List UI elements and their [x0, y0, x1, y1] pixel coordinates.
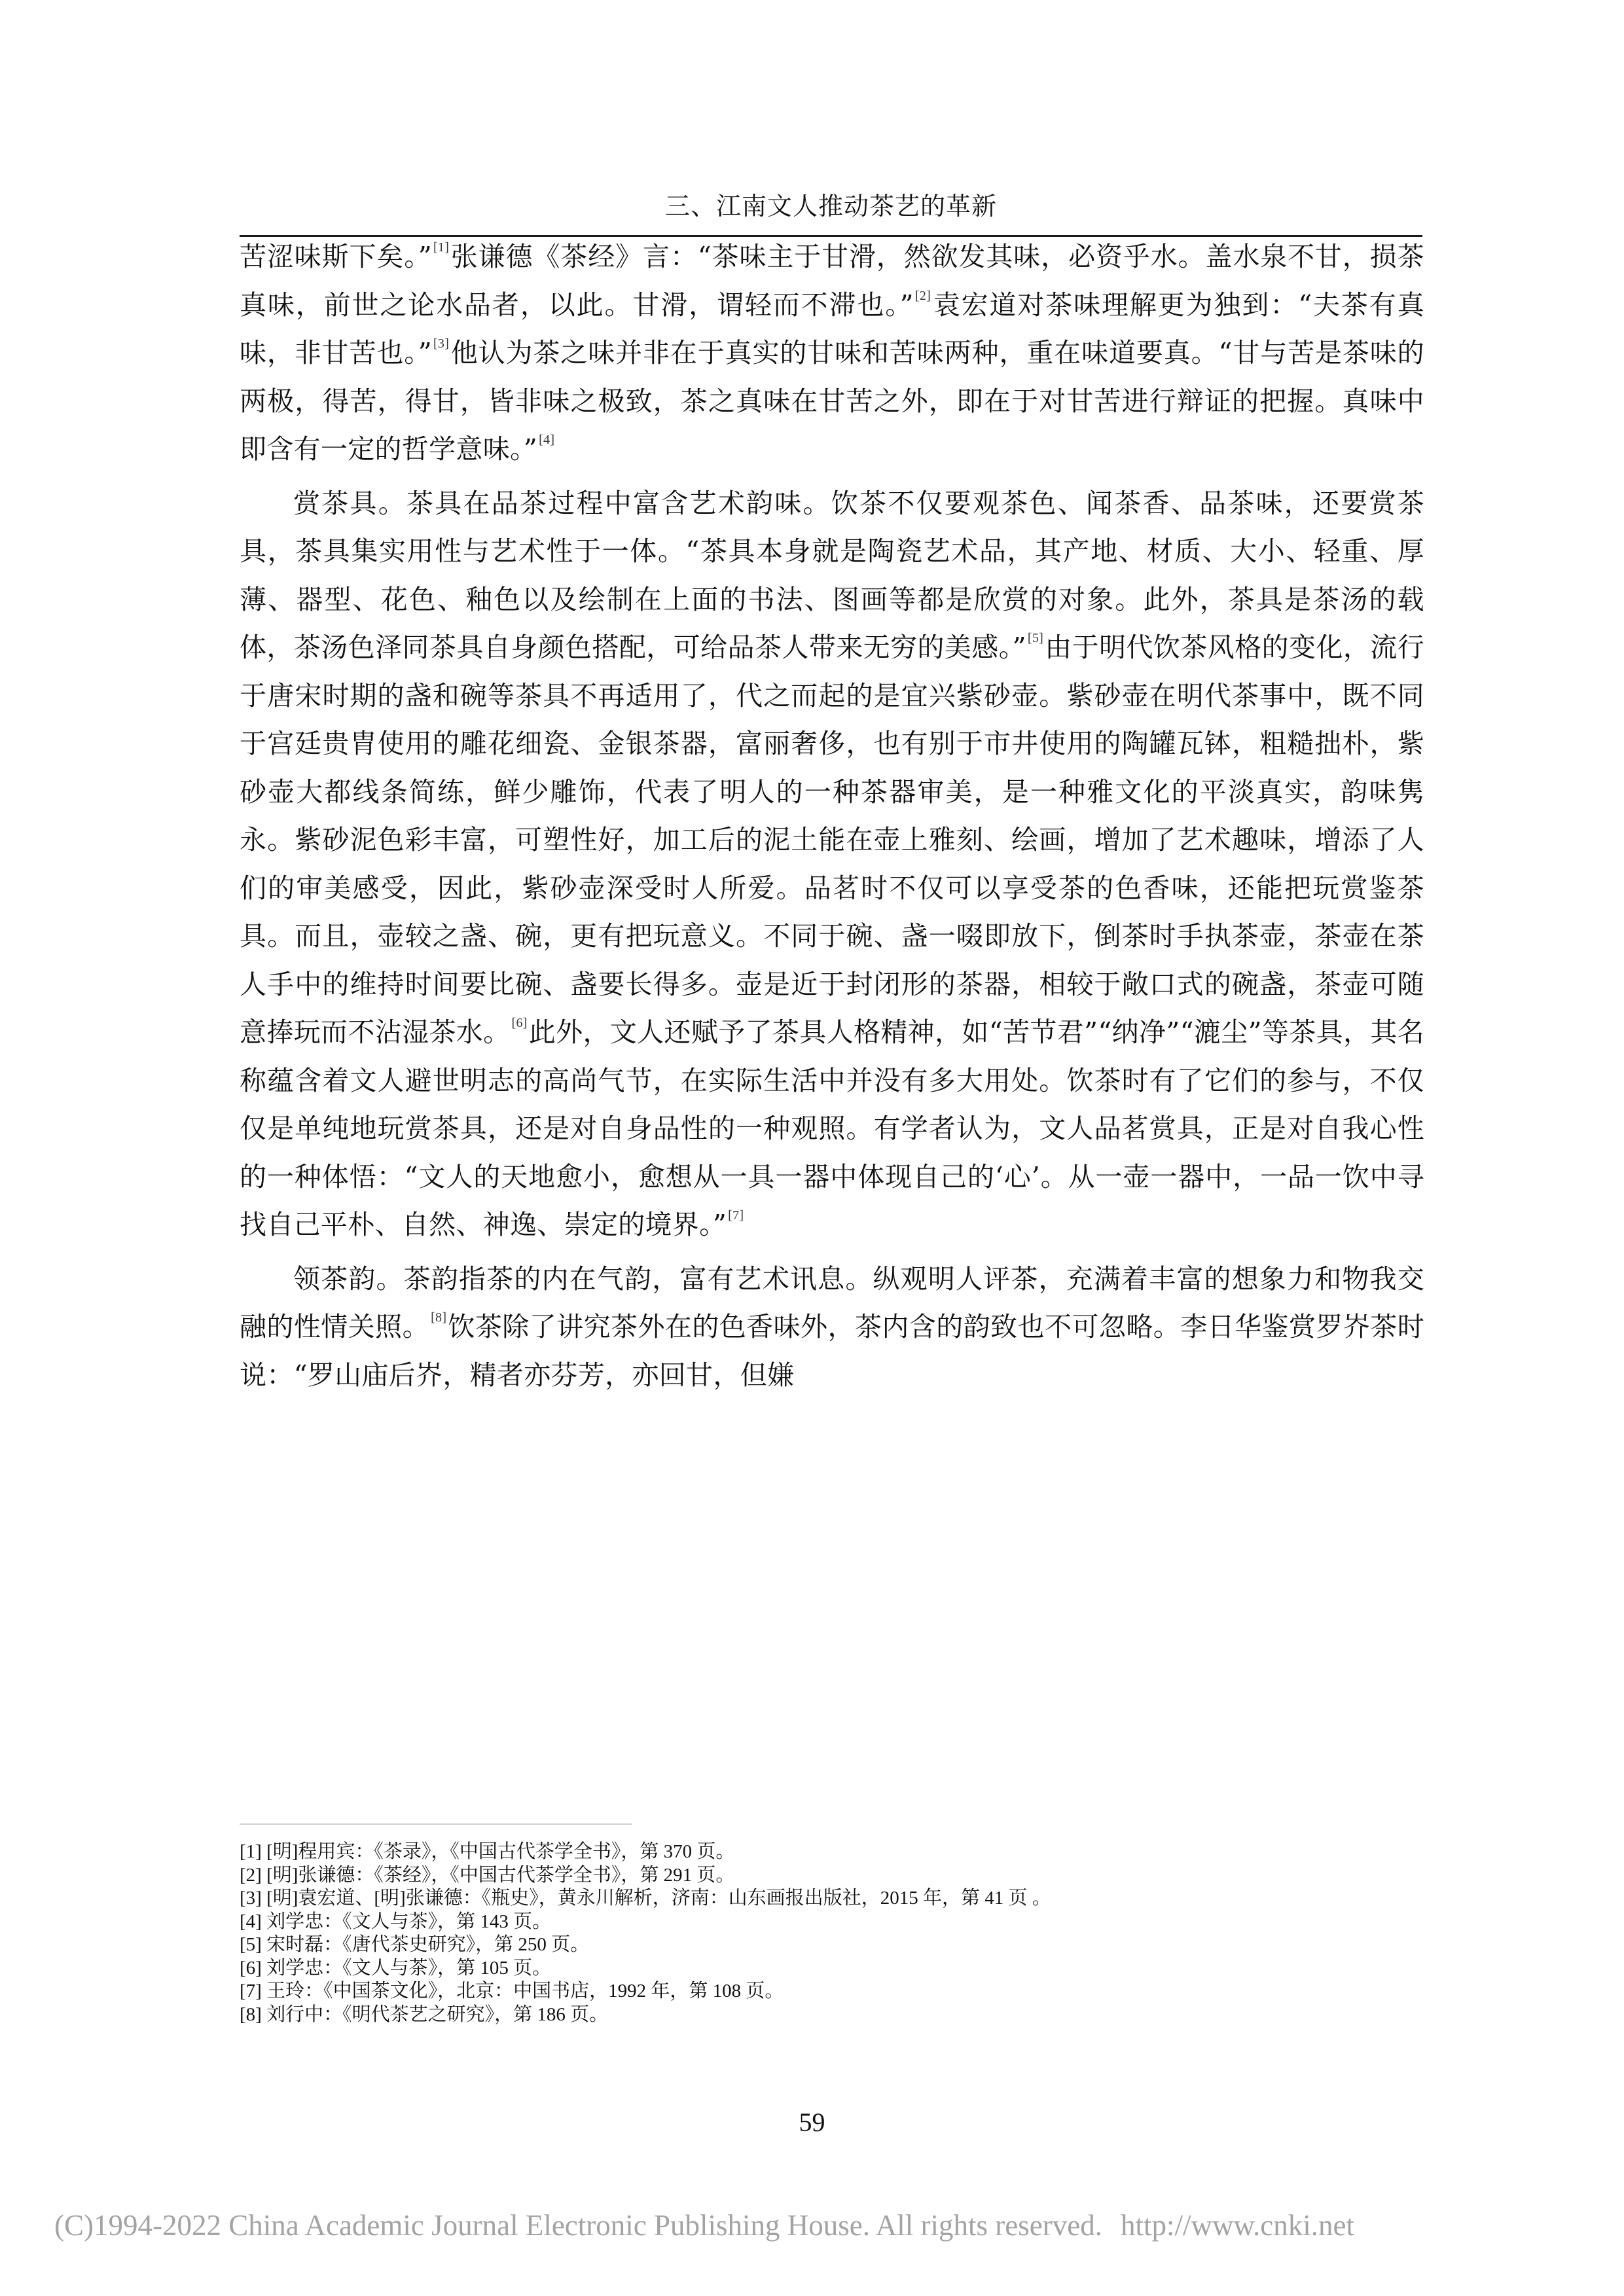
footnote-ref[interactable]: [1] — [433, 240, 449, 255]
text-run: 此外，文人还赋予了茶具人格精神，如“苦节君”“纳净”“漉尘”等茶具，其名称蕴含着… — [240, 1016, 1424, 1240]
footnote-divider — [240, 1823, 632, 1825]
footnote: [8] 刘行中：《明代茶艺之研究》，第 186 页。 — [240, 2003, 1424, 2027]
copyright-text: (C)1994-2022 China Academic Journal Elec… — [54, 2209, 1102, 2242]
paragraph: 领茶韵。茶韵指茶的内在气韵，富有艺术讯息。纵观明人评茶，充满着丰富的想象力和物我… — [240, 1255, 1424, 1400]
paragraph: 赏茶具。茶具在品茶过程中富含艺术韵味。饮茶不仅要观茶色、闻茶香、品茶味，还要赏茶… — [240, 480, 1424, 1249]
footnote-ref[interactable]: [6] — [512, 1016, 528, 1030]
cnki-link[interactable]: http://www.cnki.net — [1121, 2209, 1354, 2242]
footnote: [4] 刘学忠：《文人与茶》，第 143 页。 — [240, 1910, 1424, 1934]
footnote-ref[interactable]: [4] — [539, 433, 554, 447]
body-text: 苦涩味斯下矣。”[1]张谦德《茶经》言：“茶味主于甘滑，然欲发其味，必资乎水。盖… — [240, 233, 1424, 1405]
footnote-ref[interactable]: [7] — [728, 1208, 744, 1223]
running-header: 三、江南文人推动茶艺的革新 — [240, 187, 1422, 226]
footnote: [1] [明]程用宾：《茶录》，《中国古代茶学全书》，第 370 页。 — [240, 1840, 1424, 1864]
page-number: 59 — [0, 2106, 1624, 2139]
footnote-ref[interactable]: [2] — [915, 289, 931, 303]
footnote: [2] [明]张谦德：《茶经》，《中国古代茶学全书》，第 291 页。 — [240, 1864, 1424, 1888]
footnote: [5] 宋时磊：《唐代茶史研究》，第 250 页。 — [240, 1933, 1424, 1957]
copyright-watermark: (C)1994-2022 China Academic Journal Elec… — [54, 2207, 1354, 2244]
footnotes: [1] [明]程用宾：《茶录》，《中国古代茶学全书》，第 370 页。 [2] … — [240, 1840, 1424, 2026]
text-run: 苦涩味斯下矣。” — [240, 241, 432, 272]
footnote-ref[interactable]: [3] — [433, 336, 449, 351]
text-run: 由于明代饮茶风格的变化，流行于唐宋时期的盏和碗等茶具不再适用了，代之而起的是宜兴… — [240, 632, 1424, 1048]
paragraph: 苦涩味斯下矣。”[1]张谦德《茶经》言：“茶味主于甘滑，然欲发其味，必资乎水。盖… — [240, 233, 1424, 474]
footnote: [6] 刘学忠：《文人与茶》，第 105 页。 — [240, 1957, 1424, 1981]
footnote-ref[interactable]: [5] — [1028, 631, 1043, 645]
footnote-ref[interactable]: [8] — [431, 1310, 446, 1325]
footnote: [3] [明]袁宏道、[明]张谦德：《瓶史》，黄永川解析，济南：山东画报出版社，… — [240, 1887, 1424, 1910]
footnote: [7] 王玲：《中国茶文化》，北京：中国书店，1992 年，第 108 页。 — [240, 1980, 1424, 2003]
